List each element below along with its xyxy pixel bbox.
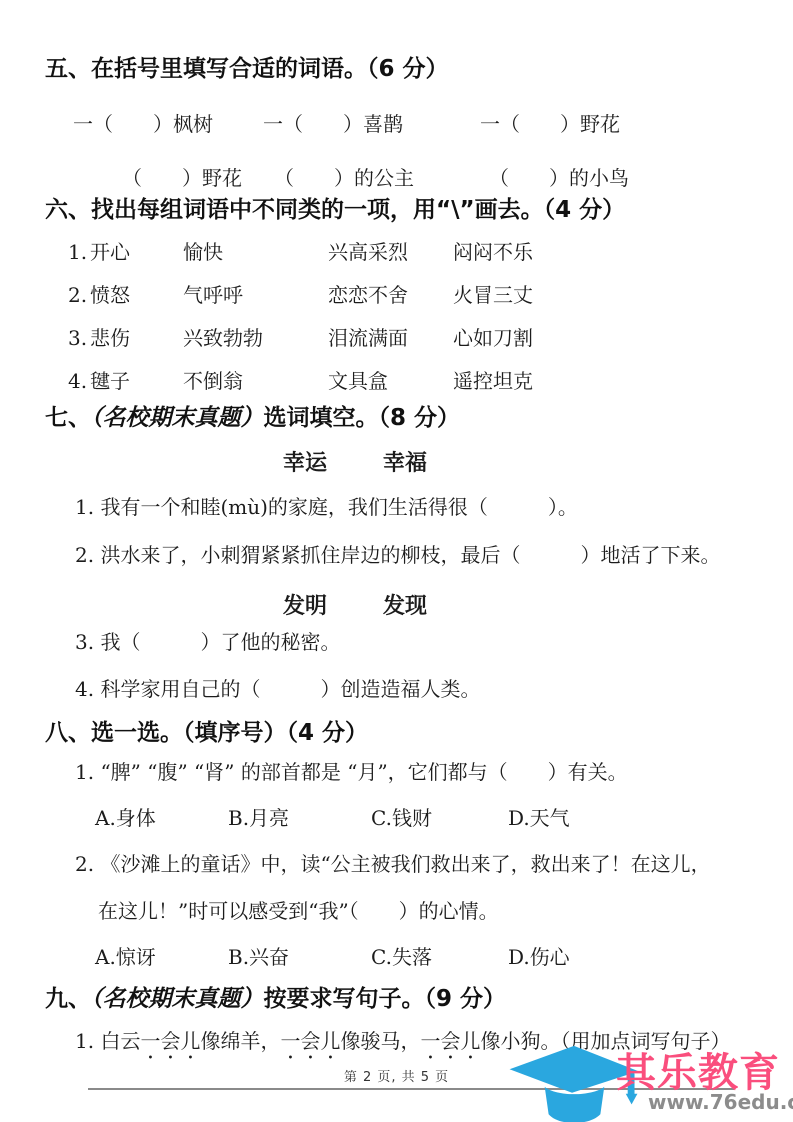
- option: C.失落: [371, 945, 508, 970]
- bank-word: 发明: [283, 593, 327, 621]
- word: 文具盒: [328, 369, 453, 394]
- q9-heading-number: 九、: [45, 986, 91, 1012]
- sentence-segment: 像绵羊，: [200, 1029, 280, 1053]
- sentence-segment: 像骏马，: [340, 1029, 420, 1053]
- word: 毽子: [90, 369, 183, 394]
- q5-row1-item: 一（ ）野花: [480, 112, 620, 137]
- option: A.惊讶: [95, 945, 228, 970]
- item-number: 1.: [68, 240, 90, 265]
- option: C.钱财: [371, 806, 508, 831]
- q7-word-bank-1: 幸运 幸福: [283, 450, 427, 478]
- item-number: 2.: [68, 283, 90, 308]
- q8-item-1: 1. “脾” “腹” “肾” 的部首都是 “月”，它们都与（ ）有关。: [75, 760, 628, 785]
- q6-row: 2. 愤怒 气呼呼 恋恋不舍 火冒三丈: [68, 283, 533, 308]
- option: B.兴奋: [228, 945, 371, 970]
- word: 开心: [90, 240, 183, 265]
- q7-item-3: 3. 我（ ）了他的秘密。: [75, 630, 340, 655]
- brand-url: www.76edu.com: [648, 1090, 793, 1115]
- q5-row1-item: 一（ ）喜鹊: [263, 112, 403, 137]
- dotted-word: 一会儿: [280, 1029, 340, 1053]
- q7-word-bank-2: 发明 发现: [283, 593, 427, 621]
- q6-row: 3. 悲伤 兴致勃勃 泪流满面 心如刀割: [68, 326, 533, 351]
- word: 兴致勃勃: [183, 326, 328, 351]
- q7-item-1: 1. 我有一个和睦(mù)的家庭，我们生活得很（ ）。: [75, 495, 578, 520]
- word: 愉快: [183, 240, 328, 265]
- option: D.天气: [508, 806, 570, 831]
- item-number: 3.: [68, 326, 90, 351]
- bank-word: 幸福: [383, 450, 427, 478]
- word: 心如刀割: [453, 326, 533, 351]
- q5-row1-item: 一（ ）枫树: [73, 112, 213, 137]
- q6-row: 1. 开心 愉快 兴高采烈 闷闷不乐: [68, 240, 533, 265]
- bank-word: 幸运: [283, 450, 327, 478]
- sentence-segment: 白云: [100, 1029, 140, 1053]
- q8-heading: 八、选一选。（填序号）（4 分）: [45, 719, 368, 748]
- q8-item-2-line2: 在这儿！”时可以感受到“我”（ ）的心情。: [98, 899, 499, 924]
- q5-row2-item: （ ）的小鸟: [489, 166, 629, 191]
- q8-item2-options: A.惊讶 B.兴奋 C.失落 D.伤心: [95, 945, 570, 970]
- q8-item1-options: A.身体 B.月亮 C.钱财 D.天气: [95, 806, 570, 831]
- q9-heading-text: 按要求写句子。（9 分）: [264, 986, 507, 1012]
- item-number: 4.: [68, 369, 90, 394]
- word: 悲伤: [90, 326, 183, 351]
- q7-heading-source-tag: （名校期末真题）: [91, 405, 264, 431]
- word: 恋恋不舍: [328, 283, 453, 308]
- word: 不倒翁: [183, 369, 328, 394]
- exam-paper-page: 五、在括号里填写合适的词语。（6 分） 一（ ）枫树 一（ ）喜鹊 一（ ）野花…: [0, 0, 793, 1122]
- option: B.月亮: [228, 806, 371, 831]
- option: A.身体: [95, 806, 228, 831]
- word: 愤怒: [90, 283, 183, 308]
- q7-heading-text: 选词填空。（8 分）: [264, 405, 461, 431]
- q5-row2-item: （ ）的公主: [274, 166, 414, 191]
- word: 兴高采烈: [328, 240, 453, 265]
- item-number: 1.: [75, 1029, 94, 1053]
- word: 泪流满面: [328, 326, 453, 351]
- word: 闷闷不乐: [453, 240, 533, 265]
- q9-heading: 九、（名校期末真题）按要求写句子。（9 分）: [45, 985, 506, 1014]
- q7-heading: 七、（名校期末真题）选词填空。（8 分）: [45, 404, 460, 433]
- word: 火冒三丈: [453, 283, 533, 308]
- dotted-word: 一会儿: [420, 1029, 480, 1053]
- q7-item-4: 4. 科学家用自己的（ ）创造造福人类。: [75, 677, 480, 702]
- q5-row2-item: （ ）野花: [122, 166, 242, 191]
- q5-heading: 五、在括号里填写合适的词语。（6 分）: [45, 55, 449, 84]
- word: 气呼呼: [183, 283, 328, 308]
- q9-heading-source-tag: （名校期末真题）: [91, 986, 264, 1012]
- q6-heading: 六、找出每组词语中不同类的一项，用“\”画去。（4 分）: [45, 196, 625, 225]
- q7-item-2: 2. 洪水来了，小刺猬紧紧抓住岸边的柳枝，最后（ ）地活了下来。: [75, 543, 720, 568]
- q6-row: 4. 毽子 不倒翁 文具盒 遥控坦克: [68, 369, 533, 394]
- word: 遥控坦克: [453, 369, 533, 394]
- option: D.伤心: [508, 945, 570, 970]
- q7-heading-number: 七、: [45, 405, 91, 431]
- q8-item-2-line1: 2. 《沙滩上的童话》中，读“公主被我们救出来了，救出来了！在这儿，: [75, 852, 711, 877]
- dotted-word: 一会儿: [140, 1029, 200, 1053]
- bank-word: 发现: [383, 593, 427, 621]
